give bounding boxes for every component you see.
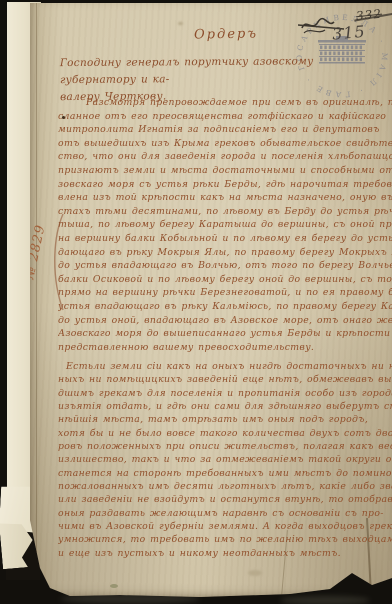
manuscript-line: и еще изъ пустыхъ и никому неотданныхъ м… — [58, 547, 392, 560]
margin-bracket — [50, 212, 66, 312]
manuscript-line: зовскаго моря съ устья рѣки Берды, гдѣ н… — [58, 178, 392, 192]
paper-smudge — [178, 22, 183, 25]
manuscript-line: дающаго въ рѣку Мокрыя Ялы, по правому б… — [58, 246, 392, 260]
ink-dot — [62, 116, 65, 119]
manuscript-line: оныя раздавать желающимъ наравнѣ съ осно… — [58, 507, 392, 520]
manuscript-line: до устья впадающаго въ Волчью, отъ того … — [58, 259, 392, 273]
paragraph-2: Естьли земли сіи какъ на оныхъ нигдѣ дос… — [58, 360, 392, 560]
crease-line — [36, 2, 37, 598]
manuscript-line: на вершину балки Кобыльной и по лѣвому е… — [58, 232, 392, 246]
manuscript-line: изъятія отдать, и гдѣ они сами для здѣшн… — [58, 400, 392, 413]
manuscript-line: хотя бы и не было вовсе такого количеств… — [58, 427, 392, 440]
manuscript-line: до устья оной, впадающаго въ Азовское мо… — [58, 314, 392, 328]
manuscript-line: дшимъ грекамъ для поселенія и пропитанія… — [58, 387, 392, 400]
manuscript-line: прямо на вершину рѣчки Березнеговатой, и… — [58, 286, 392, 300]
manuscript-line: представленною вашему превосходительству… — [58, 341, 392, 355]
manuscript-line: стахъ тѣми десятинами, по лѣвому въ Берд… — [58, 205, 392, 219]
manuscript-line: или заведеніи не взойдутъ и останутся вт… — [58, 493, 392, 506]
manuscript-line: признаютъ земли и мѣста достаточными и с… — [58, 164, 392, 178]
manuscript-line: ство, что они для заведенія города и пос… — [58, 150, 392, 164]
manuscript-line: излишество, такъ и что за отмежеваніемъ … — [58, 453, 392, 466]
paper-smudge — [248, 570, 262, 576]
manuscript-line: отъ вышедшихъ изъ Крыма грековъ обывател… — [58, 137, 392, 151]
manuscript-line: умножится, то требовать имъ по желанію т… — [58, 533, 392, 546]
manuscript-line: тыша, по лѣвому берегу Каратыша до верши… — [58, 218, 392, 232]
manuscript-line: Естьли земли сіи какъ на оныхъ нигдѣ дос… — [58, 360, 392, 373]
manuscript-line: устья впадающаго въ рѣку Кальміюсь, по п… — [58, 300, 392, 314]
manuscript-line: влена изъ той крѣпости какъ на мѣста наз… — [58, 191, 392, 205]
manuscript-line: митрополита Игнатія за подписаніемъ его … — [58, 123, 392, 137]
manuscript-line: балки Осиковой и по лѣвому берегу оной д… — [58, 273, 392, 287]
manuscript-line: чими въ Азовской губерніи землями. А ког… — [58, 520, 392, 533]
ink-speck — [110, 584, 118, 588]
page-scan: ЕЛЛА · МАІЛ · ГАВЕ · ГОСАРХИВ — [0, 0, 392, 604]
manuscript-page: ЕЛЛА · МАІЛ · ГАВЕ · ГОСАРХИВ — [26, 2, 392, 598]
manuscript-line: Азовскаго моря до вышеписаннаго устья Бе… — [58, 327, 392, 341]
backdrop-blotch — [280, 596, 370, 604]
manuscript-line: ровъ положенныхъ при описи жительствъ, п… — [58, 440, 392, 453]
manuscript-line: нѣйшія мѣста, тамъ отрѣзать имъ оныя под… — [58, 413, 392, 426]
document-title: Ордеръ — [146, 26, 306, 44]
manuscript-line: пожалованныхъ имъ десяти льготныхъ лѣтъ,… — [58, 480, 392, 493]
manuscript-line: станется на сторонѣ требованныхъ ими мѣс… — [58, 467, 392, 480]
manuscript-line: Разсмотря препровождаемое при семъ въ ор… — [58, 96, 392, 110]
manuscript-line: ныхъ ни помѣщицкихъ заведеній еще нѣтъ, … — [58, 373, 392, 386]
paragraph-1: Разсмотря препровождаемое при семъ въ ор… — [58, 96, 392, 354]
manuscript-line: сланное отъ его преосвященства готфійска… — [58, 110, 392, 124]
address-line: Господину генералъ порутчику азовскому г… — [60, 53, 370, 89]
